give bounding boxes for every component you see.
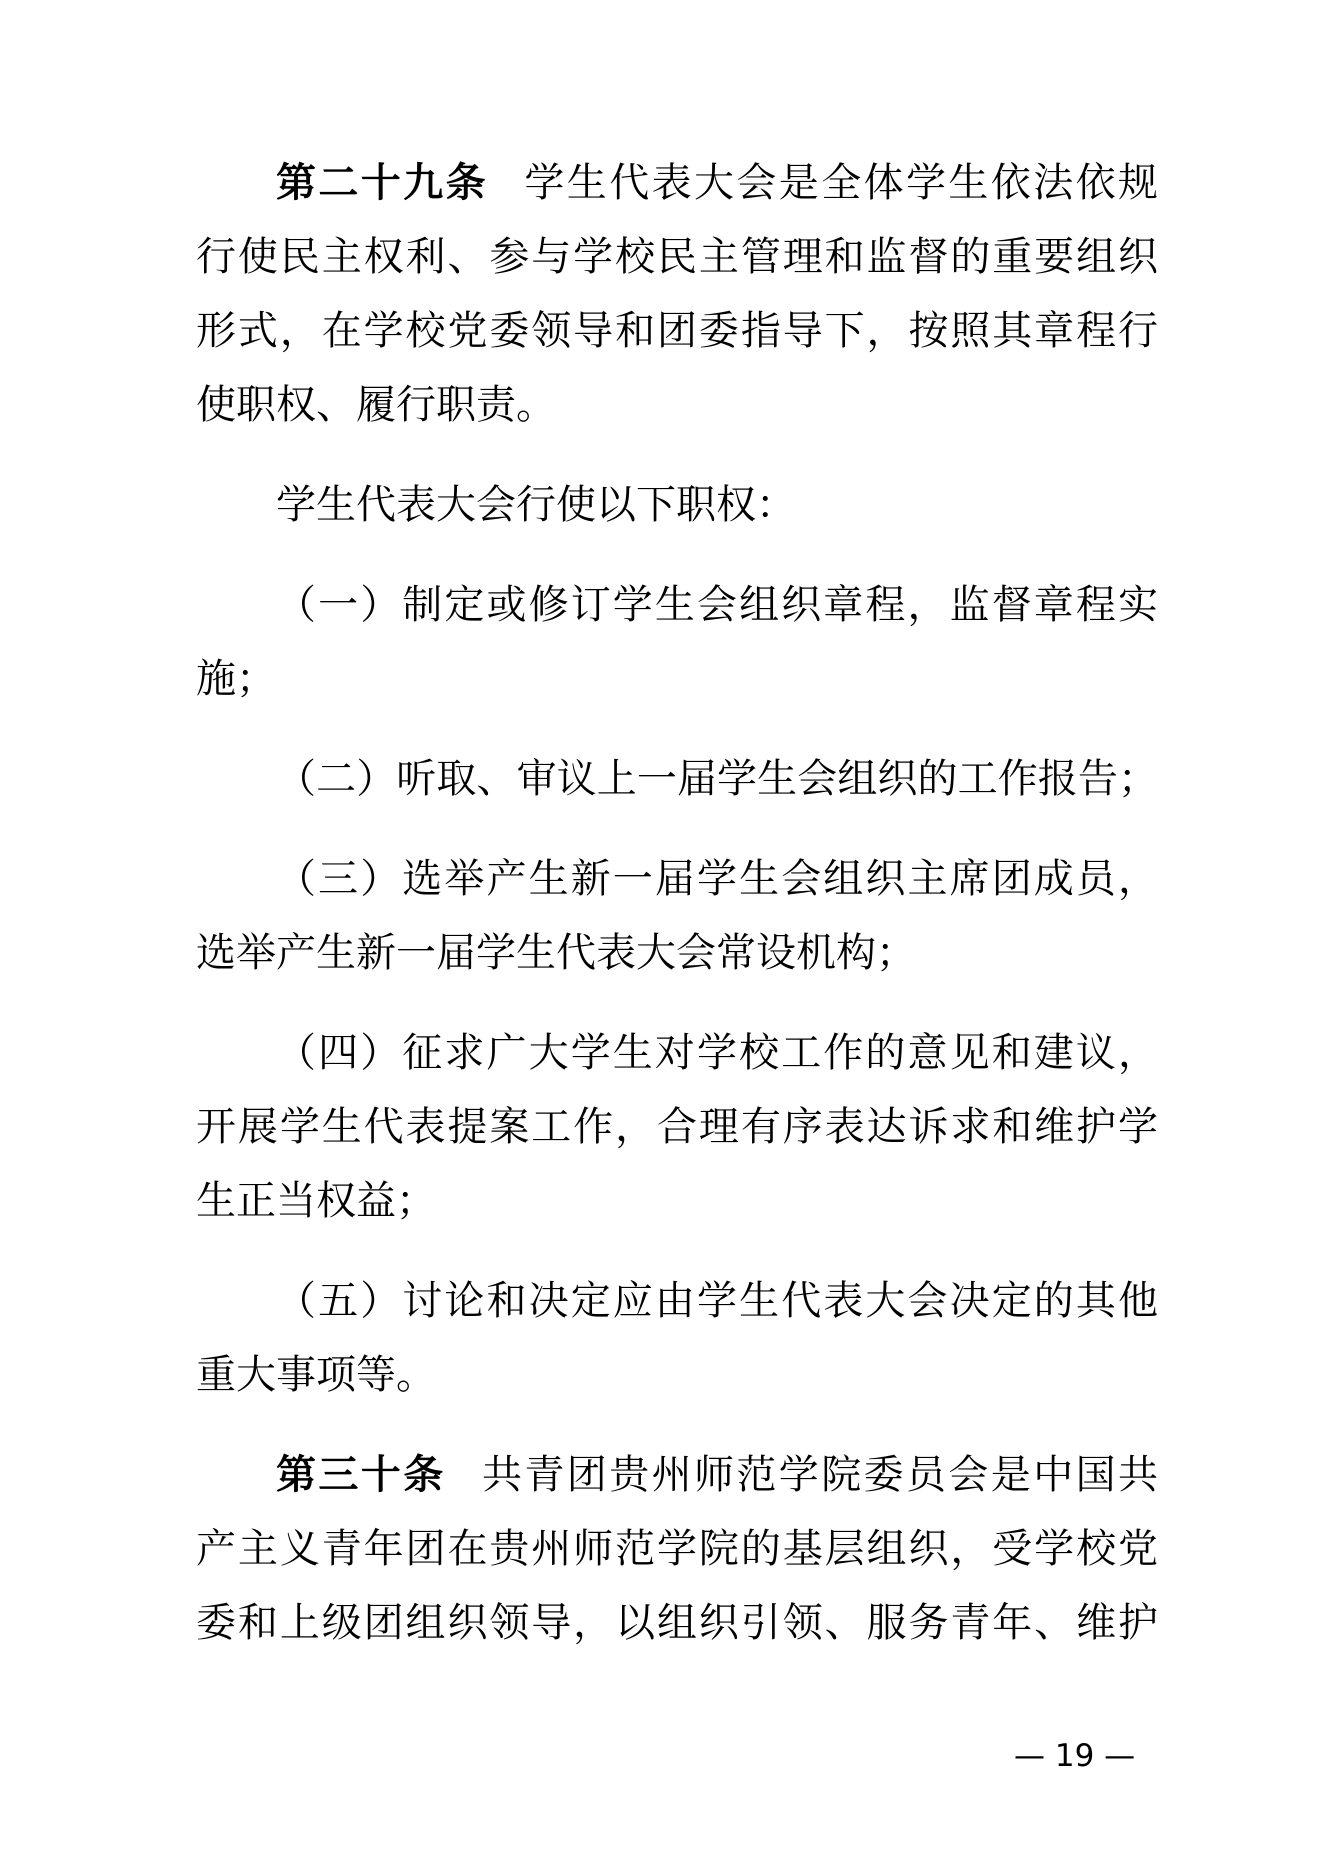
text-line: （四）征求广大学生对学校工作的意见和建议，: [196, 1016, 1158, 1090]
paragraph-item-1: （一）制定或修订学生会组织章程，监督章程实 施；: [196, 568, 1158, 716]
text-line: 第二十九条学生代表大会是全体学生依法依规: [196, 146, 1158, 220]
document-page: 第二十九条学生代表大会是全体学生依法依规 行使民主权利、参与学校民主管理和监督的…: [0, 0, 1323, 1871]
paragraph-item-3: （三）选举产生新一届学生会组织主席团成员， 选举产生新一届学生代表大会常设机构；: [196, 842, 1158, 990]
paragraph-item-2: （二）听取、审议上一届学生会组织的工作报告；: [196, 742, 1158, 816]
text-line: 产主义青年团在贵州师范学院的基层组织，受学校党: [196, 1512, 1158, 1586]
text-line: 选举产生新一届学生代表大会常设机构；: [196, 916, 1158, 990]
text-line: （五）讨论和决定应由学生代表大会决定的其他: [196, 1264, 1158, 1338]
text-line-content: 学生代表大会是全体学生依法依规: [522, 160, 1158, 205]
text-line: （二）听取、审议上一届学生会组织的工作报告；: [196, 742, 1158, 816]
article-29-number: 第二十九条: [276, 160, 488, 205]
paragraph-powers-intro: 学生代表大会行使以下职权：: [196, 468, 1158, 542]
paragraph-article-30: 第三十条共青团贵州师范学院委员会是中国共 产主义青年团在贵州师范学院的基层组织，…: [196, 1438, 1158, 1660]
text-line: 开展学生代表提案工作，合理有序表达诉求和维护学: [196, 1090, 1158, 1164]
text-line: （三）选举产生新一届学生会组织主席团成员，: [196, 842, 1158, 916]
paragraph-item-4: （四）征求广大学生对学校工作的意见和建议， 开展学生代表提案工作，合理有序表达诉…: [196, 1016, 1158, 1238]
text-line: （一）制定或修订学生会组织章程，监督章程实: [196, 568, 1158, 642]
text-line: 学生代表大会行使以下职权：: [196, 468, 1158, 542]
text-line: 重大事项等。: [196, 1338, 1158, 1412]
text-line: 使职权、履行职责。: [196, 368, 1158, 442]
paragraph-item-5: （五）讨论和决定应由学生代表大会决定的其他 重大事项等。: [196, 1264, 1158, 1412]
text-line: 施；: [196, 642, 1158, 716]
page-number: — 19 —: [1014, 1736, 1129, 1776]
document-body: 第二十九条学生代表大会是全体学生依法依规 行使民主权利、参与学校民主管理和监督的…: [196, 146, 1158, 1686]
text-line: 委和上级团组织领导，以组织引领、服务青年、维护: [196, 1586, 1158, 1660]
text-line: 第三十条共青团贵州师范学院委员会是中国共: [196, 1438, 1158, 1512]
text-line: 行使民主权利、参与学校民主管理和监督的重要组织: [196, 220, 1158, 294]
text-line: 形式，在学校党委领导和团委指导下，按照其章程行: [196, 294, 1158, 368]
text-line: 生正当权益；: [196, 1164, 1158, 1238]
text-line-content: 共青团贵州师范学院委员会是中国共: [480, 1452, 1158, 1497]
article-30-number: 第三十条: [276, 1452, 446, 1497]
paragraph-article-29: 第二十九条学生代表大会是全体学生依法依规 行使民主权利、参与学校民主管理和监督的…: [196, 146, 1158, 442]
